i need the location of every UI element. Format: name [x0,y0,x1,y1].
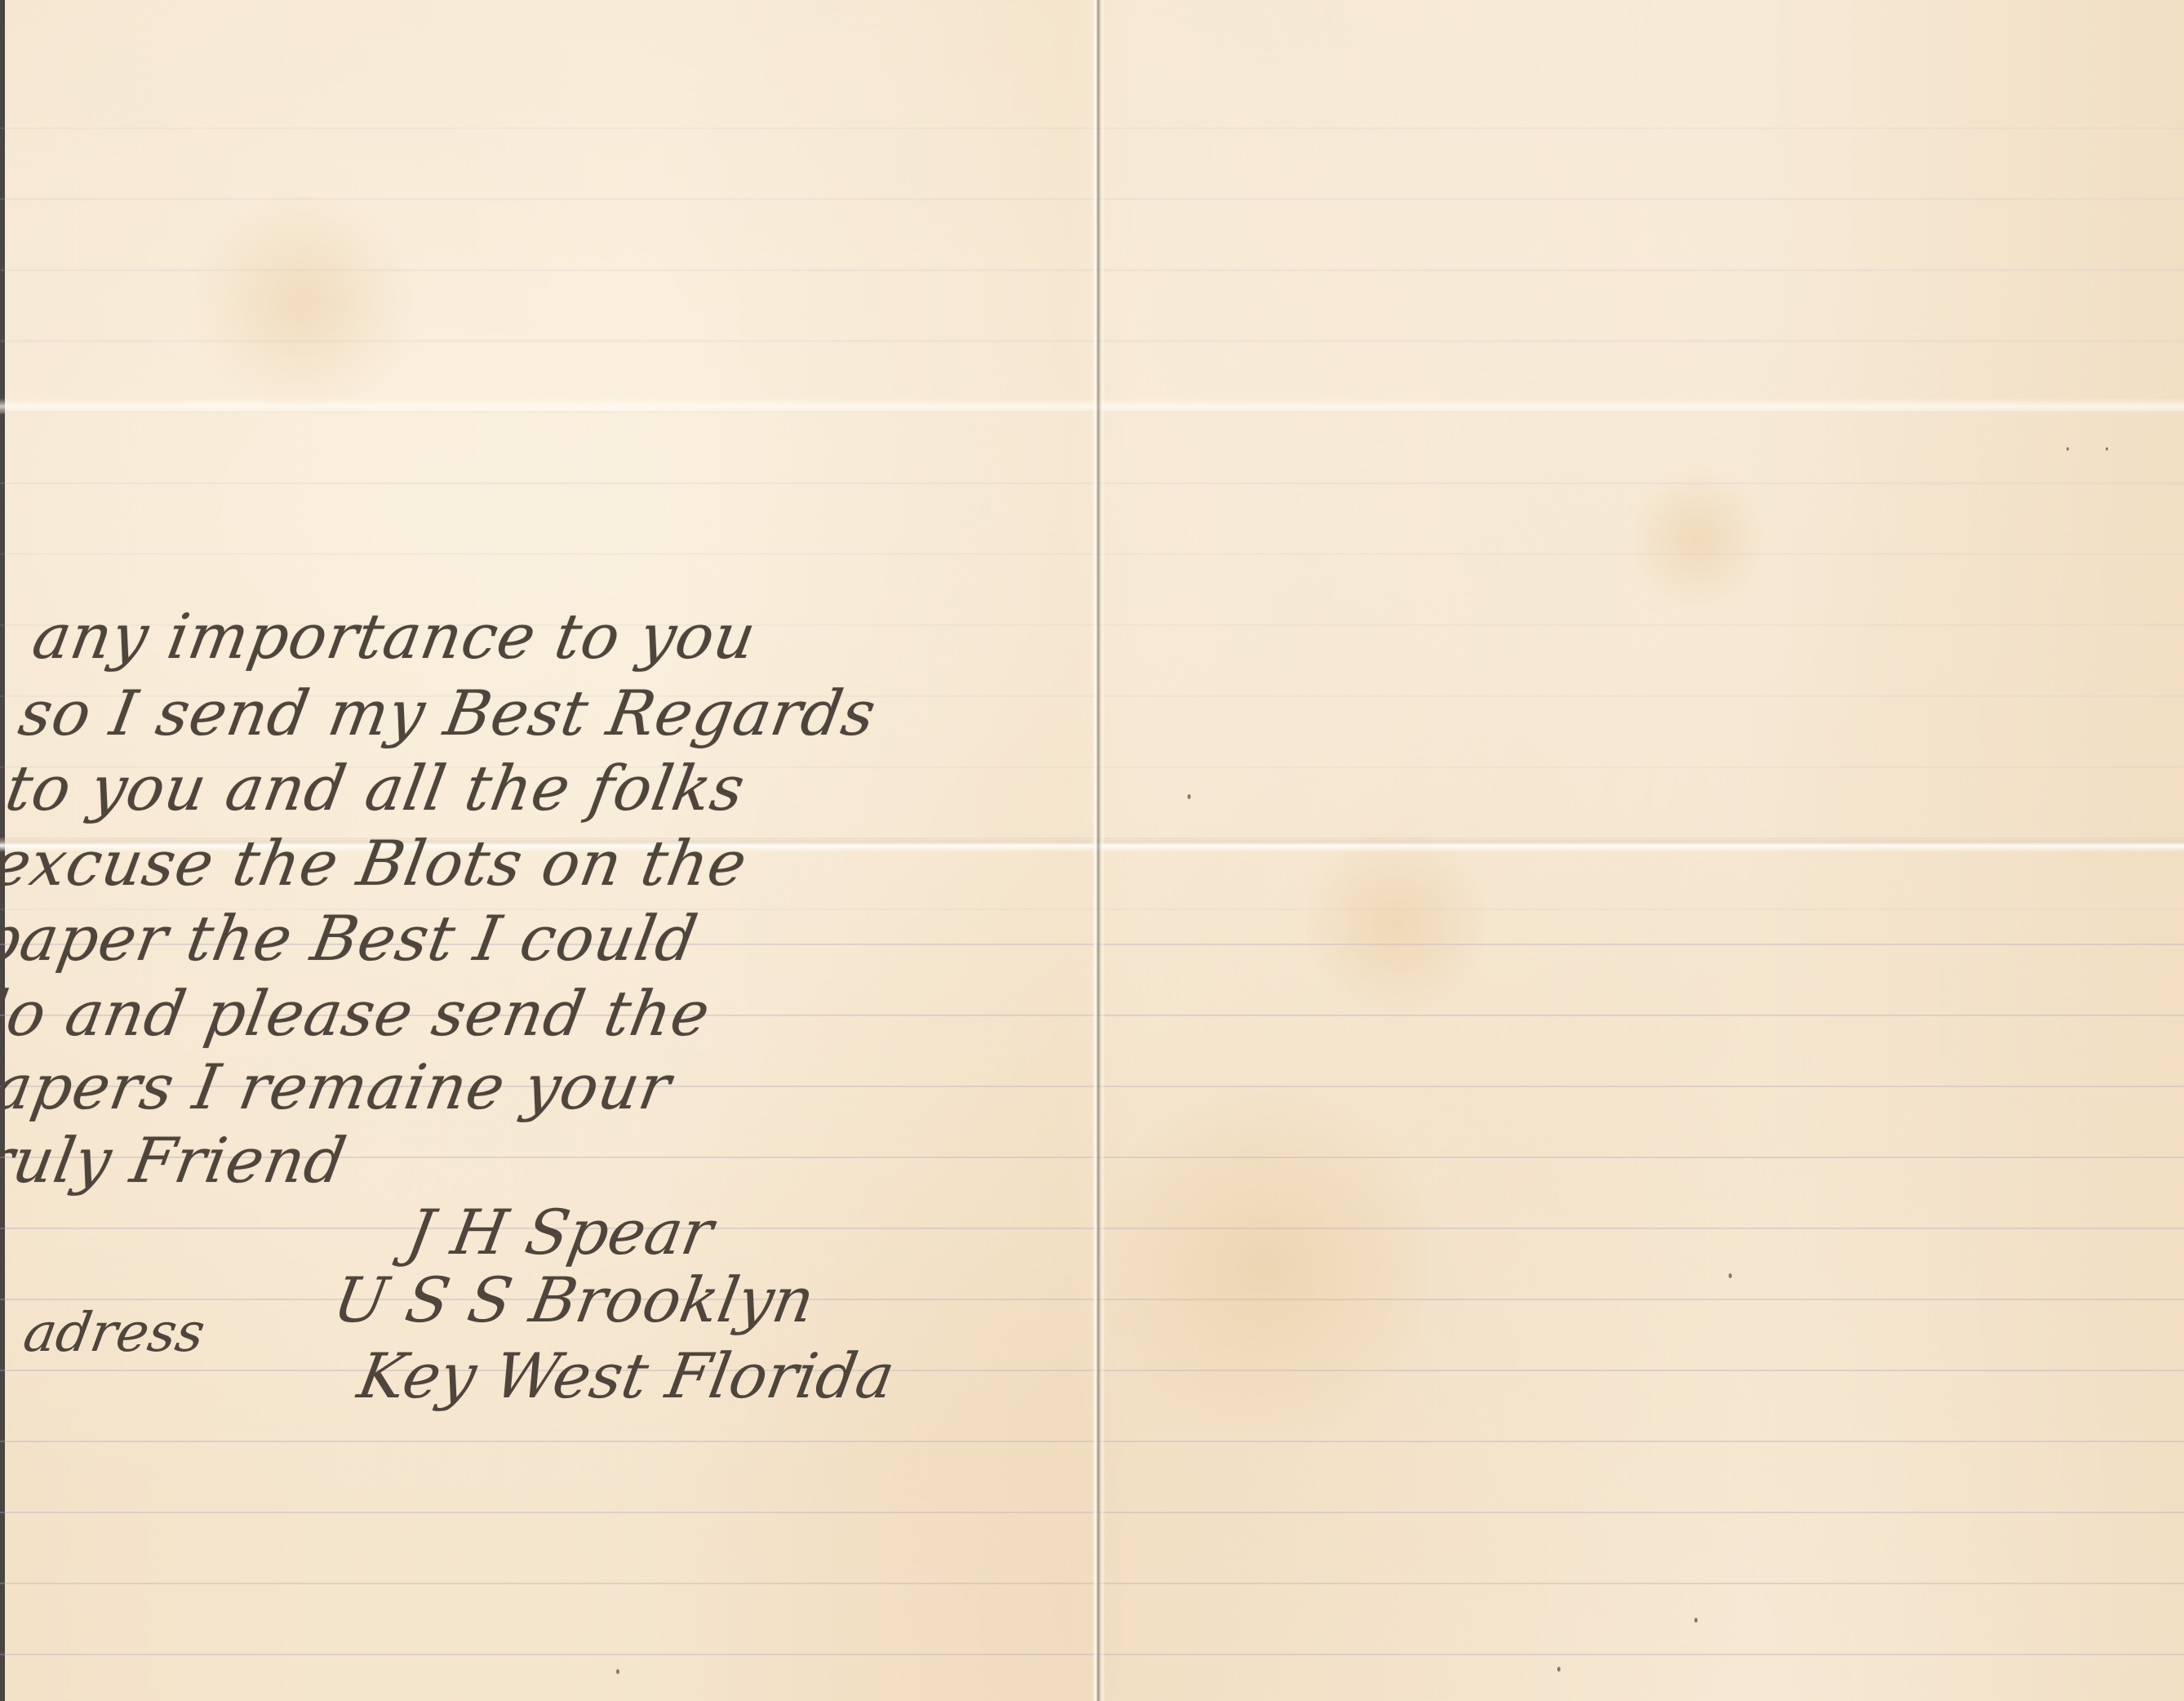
letter-sheet: any importance to you so I send my Best … [0,0,2184,1701]
ink-speck [1729,1273,1732,1278]
letter-line: any importance to you [29,606,761,668]
signature: J H Spear [402,1201,717,1264]
letter-line: Truly Friend [0,1130,351,1192]
ink-speck [1187,794,1191,799]
ink-speck [2106,447,2108,451]
letter-line: excuse the Blots on the [0,833,752,895]
ink-speck [1557,1667,1560,1672]
letter-line: to you and all the folks [2,757,750,819]
fold-crease-vertical [1092,0,1105,1701]
paper-stain [1632,457,1763,620]
ink-speck [2066,447,2069,451]
ink-speck [1694,1618,1698,1623]
letter-line: papers I remaine your [0,1056,676,1118]
letter-line: paper the Best I could [0,908,702,970]
address-line-1: U S S Brooklyn [329,1269,819,1331]
paper-stain [1102,1061,1428,1469]
ink-speck [616,1669,619,1674]
address-label: adress [20,1306,209,1360]
letter-line: so I send my Best Regards [15,682,881,744]
paper-stain [180,196,424,408]
letter-line: do and please send the [0,983,715,1045]
address-line-2: Key West Florida [353,1345,899,1407]
